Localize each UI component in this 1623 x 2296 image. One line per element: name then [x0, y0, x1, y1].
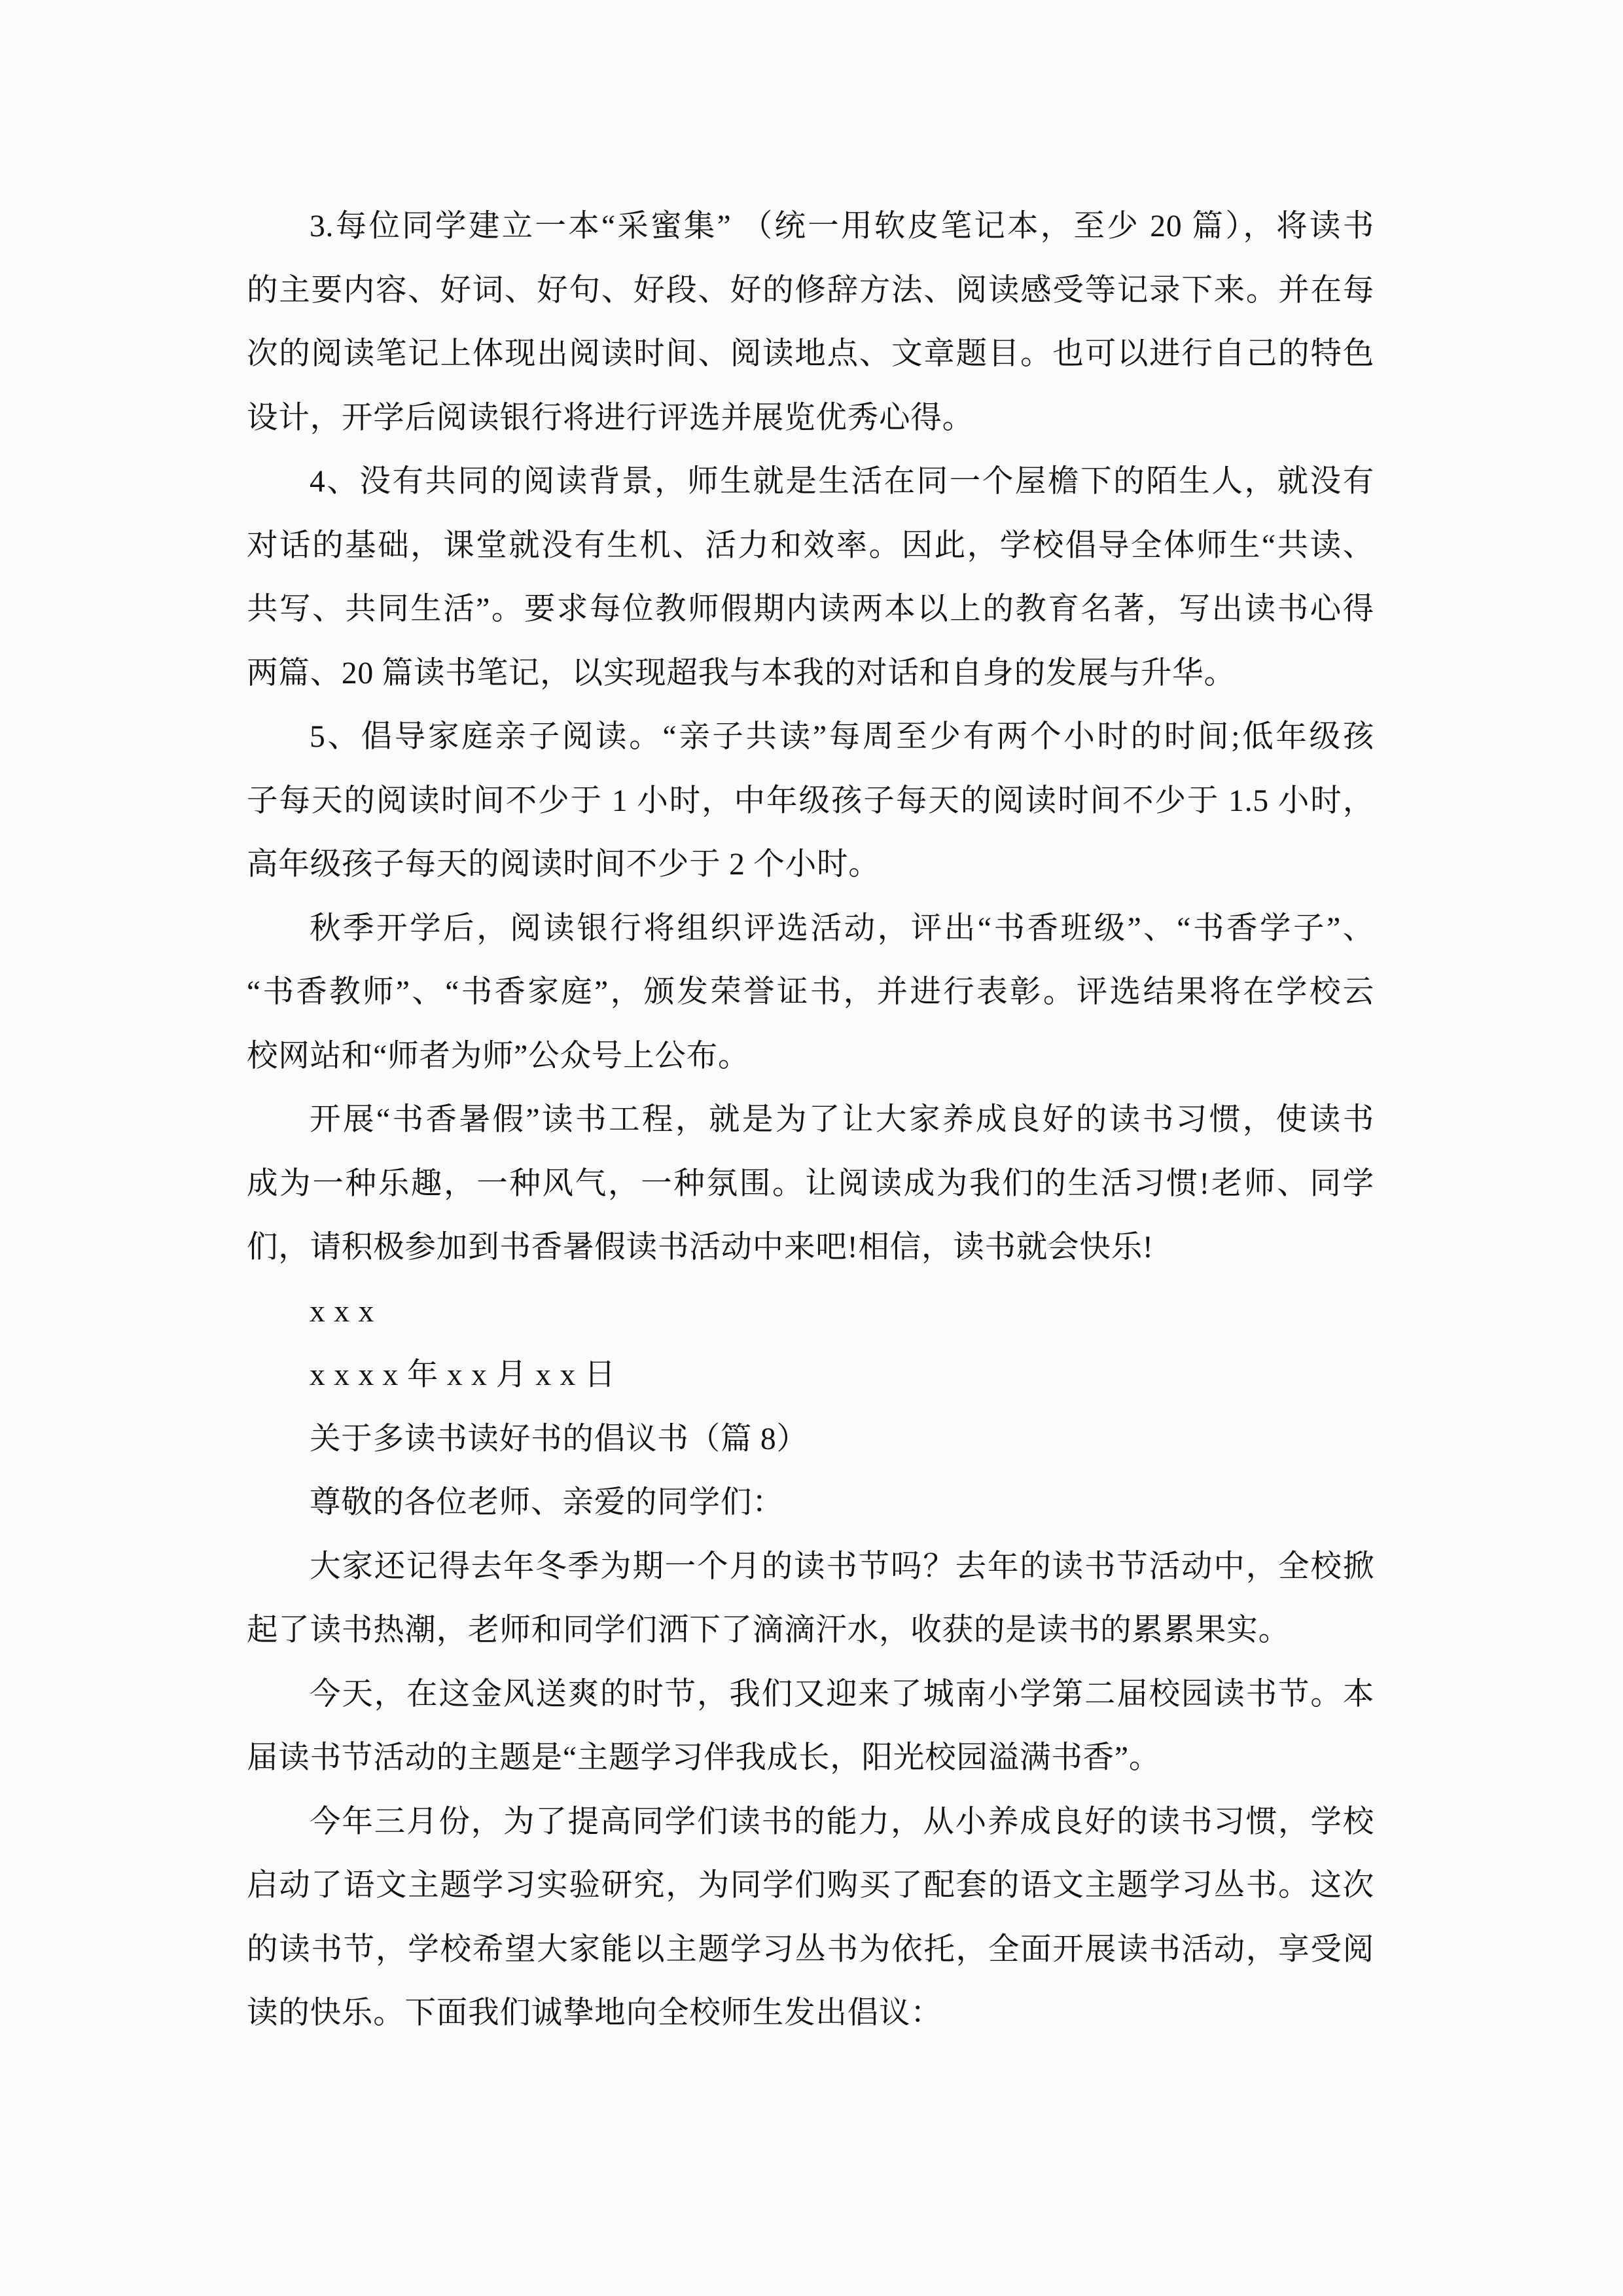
text-line: 启动了语文主题学习实验研究，为同学们购买了配套的语文主题学习丛书。这次	[247, 1854, 1374, 1918]
text-line: 起了读书热潮，老师和同学们洒下了滴滴汗水，收获的是读书的累累果实。	[247, 1599, 1374, 1663]
text-line: 关于多读书读好书的倡议书（篇 8）	[247, 1408, 1374, 1472]
text-line: “书香教师”、“书香家庭”，颁发荣誉证书，并进行表彰。评选结果将在学校云	[247, 961, 1374, 1025]
text-line: 4、没有共同的阅读背景，师生就是生活在同一个屋檐下的陌生人，就没有	[247, 450, 1374, 514]
text-line: 秋季开学后，阅读银行将组织评选活动，评出“书香班级”、“书香学子”、	[247, 897, 1374, 961]
text-line: 高年级孩子每天的阅读时间不少于 2 个小时。	[247, 833, 1374, 897]
document-page: 3.每位同学建立一本“采蜜集” （统一用软皮笔记本，至少 20 篇），将读书的主…	[0, 0, 1623, 2296]
text-line: 开展“书香暑假”读书工程，就是为了让大家养成良好的读书习惯，使读书	[247, 1088, 1374, 1153]
text-line: 两篇、20 篇读书笔记，以实现超我与本我的对话和自身的发展与升华。	[247, 642, 1374, 706]
text-line: 子每天的阅读时间不少于 1 小时，中年级孩子每天的阅读时间不少于 1.5 小时，	[247, 770, 1374, 834]
document-body: 3.每位同学建立一本“采蜜集” （统一用软皮笔记本，至少 20 篇），将读书的主…	[247, 195, 1374, 2046]
text-line: 3.每位同学建立一本“采蜜集” （统一用软皮笔记本，至少 20 篇），将读书	[247, 195, 1374, 259]
text-line: 共写、共同生活”。要求每位教师假期内读两本以上的教育名著，写出读书心得	[247, 578, 1374, 642]
text-line: 尊敬的各位老师、亲爱的同学们：	[247, 1471, 1374, 1535]
text-line: 次的阅读笔记上体现出阅读时间、阅读地点、文章题目。也可以进行自己的特色	[247, 323, 1374, 387]
text-line: 今天，在这金风送爽的时节，我们又迎来了城南小学第二届校园读书节。本	[247, 1663, 1374, 1727]
text-line: x x x	[247, 1280, 1374, 1344]
text-line: 5、倡导家庭亲子阅读。“亲子共读”每周至少有两个小时的时间;低年级孩	[247, 706, 1374, 770]
text-line: 今年三月份，为了提高同学们读书的能力，从小养成良好的读书习惯，学校	[247, 1791, 1374, 1855]
text-line: 的读书节，学校希望大家能以主题学习丛书为依托，全面开展读书活动，享受阅	[247, 1918, 1374, 1982]
text-line: 届读书节活动的主题是“主题学习伴我成长，阳光校园溢满书香”。	[247, 1727, 1374, 1791]
text-line: 读的快乐。下面我们诚挚地向全校师生发出倡议：	[247, 1982, 1374, 2046]
text-line: 设计，开学后阅读银行将进行评选并展览优秀心得。	[247, 387, 1374, 451]
text-line: 对话的基础，课堂就没有生机、活力和效率。因此，学校倡导全体师生“共读、	[247, 514, 1374, 579]
text-line: x x x x 年 x x 月 x x 日	[247, 1344, 1374, 1408]
text-line: 的主要内容、好词、好句、好段、好的修辞方法、阅读感受等记录下来。并在每	[247, 259, 1374, 323]
text-line: 校网站和“师者为师”公众号上公布。	[247, 1025, 1374, 1089]
text-line: 们，请积极参加到书香暑假读书活动中来吧!相信，读书就会快乐!	[247, 1216, 1374, 1280]
text-line: 大家还记得去年冬季为期一个月的读书节吗？去年的读书节活动中，全校掀	[247, 1535, 1374, 1600]
text-line: 成为一种乐趣，一种风气，一种氛围。让阅读成为我们的生活习惯!老师、同学	[247, 1153, 1374, 1217]
